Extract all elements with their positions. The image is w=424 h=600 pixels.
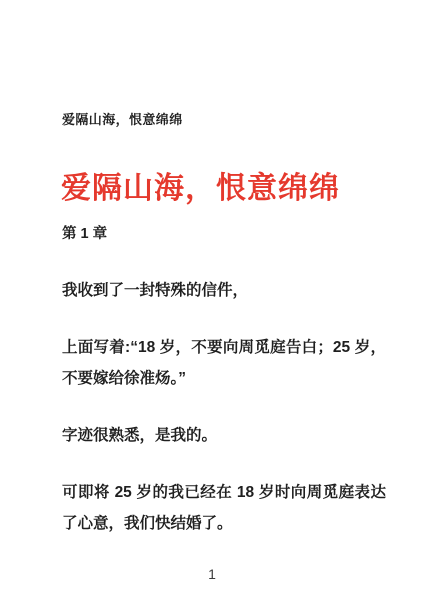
page-number: 1 (0, 566, 424, 582)
ebook-page: 爱隔山海，恨意绵绵 爱隔山海，恨意绵绵 第 1 章 我收到了一封特殊的信件， 上… (0, 0, 424, 600)
paragraph: 我收到了一封特殊的信件， (62, 275, 386, 306)
page-title: 爱隔山海，恨意绵绵 (61, 163, 340, 207)
body-text: 我收到了一封特殊的信件， 上面写着:“18 岁，不要向周觅庭告白；25 岁，不要… (62, 275, 386, 565)
paragraph: 上面写着:“18 岁，不要向周觅庭告白；25 岁，不要嫁给徐准炀。” (62, 332, 386, 394)
paragraph: 字迹很熟悉，是我的。 (62, 420, 386, 451)
chapter-heading: 第 1 章 (62, 222, 107, 243)
paragraph: 可即将 25 岁的我已经在 18 岁时向周觅庭表达了心意，我们快结婚了。 (62, 477, 386, 539)
running-header: 爱隔山海，恨意绵绵 (62, 109, 183, 128)
